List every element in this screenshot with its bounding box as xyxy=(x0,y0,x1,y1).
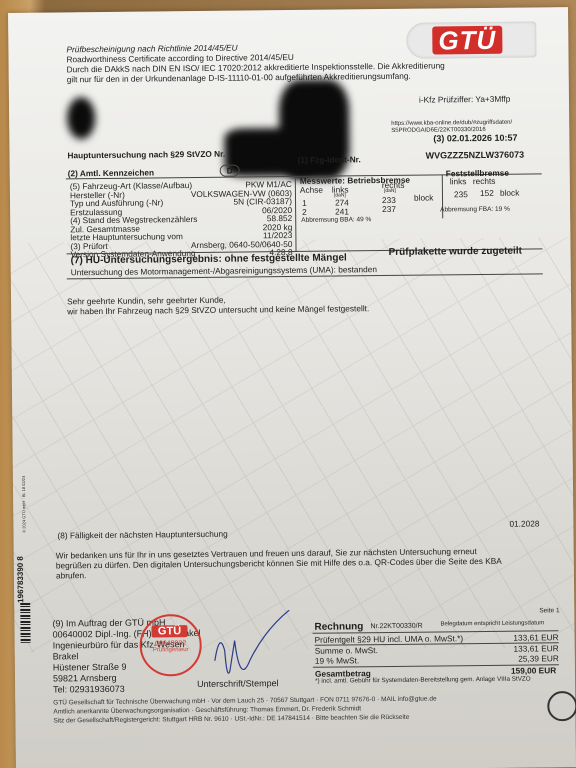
pruefziffer: i-Kfz Prüfziffer: Ya+3Mffp xyxy=(419,94,510,105)
thanks-line-3: abrufen. xyxy=(56,570,87,580)
plakette-status: Prüfplakette wurde zugeteilt xyxy=(389,246,522,258)
copyright: © 2024 GTÜ mbH · Bl. 18 02/24 xyxy=(21,476,27,533)
axle-2-right: 237 xyxy=(382,204,396,214)
axle-2-left: 241 xyxy=(335,206,349,216)
vehicle-data-table: (5) Fahrzeug-Art (Klasse/Aufbau)PKW M1/A… xyxy=(70,180,293,259)
next-hu-value: 01.2028 xyxy=(509,518,539,528)
axle-1-note: block xyxy=(414,193,433,203)
signature-label: Unterschrift/Stempel xyxy=(197,678,279,689)
axle-2: 2 xyxy=(302,207,307,217)
redaction xyxy=(67,97,95,139)
wheel-emblem-icon xyxy=(547,691,576,721)
divider xyxy=(295,176,297,252)
invoice-amount: 133,61 EUR xyxy=(513,632,558,642)
parking-col-links: links xyxy=(450,176,467,186)
bba: Abbremsung BBA: 49 % xyxy=(301,216,371,224)
invoice-amount: 133,61 EUR xyxy=(513,643,558,653)
next-hu-label: (8) Fälligkeit der nächsten Hauptuntersu… xyxy=(57,529,227,541)
invoice-item: 19 % MwSt. xyxy=(315,655,359,665)
footer: GTÜ Gesellschaft für Technische Überwach… xyxy=(53,695,437,726)
invoice-number: Nr.22KT00330/R xyxy=(370,623,422,631)
inspection-certificate: Prüfbescheinigung nach Richtlinie 2014/4… xyxy=(8,7,576,768)
parking-left: 235 xyxy=(454,189,468,199)
invoice-note: Belegdatum entspricht Leistungsdatum xyxy=(440,620,544,627)
serial-number: 196783390 8 xyxy=(16,556,25,603)
invoice-item: Summe o. MwSt. xyxy=(315,645,378,656)
parking-right: 152 xyxy=(480,188,494,198)
invoice-rows: Prüfentgelt §29 HU incl. UMA o. MwSt.*)1… xyxy=(315,632,559,666)
hu-title: Hauptuntersuchung nach §29 StVZO Nr. xyxy=(67,149,225,161)
fzg-ident-value: WVGZZZ5NZLW376073 xyxy=(426,150,525,161)
fba: Abbremsung FBA: 19 % xyxy=(440,206,510,214)
page-number: Seite 1 xyxy=(539,607,559,614)
unit: [daN] xyxy=(384,188,396,194)
gtue-logo: GTÜ xyxy=(406,21,536,58)
fzg-ident-label: (1) Fzg-Ident-Nr. xyxy=(298,154,361,165)
invoice-amount: 25,39 EUR xyxy=(518,653,559,663)
invoice-item: Prüfentgelt §29 HU incl. UMA o. MwSt.*) xyxy=(315,633,464,645)
barcode xyxy=(20,603,30,643)
issue-datetime: (3) 02.01.2026 10:57 xyxy=(433,133,517,144)
inspector-line: Tel: 02931936073 xyxy=(53,683,201,696)
invoice-title: Rechnung xyxy=(314,621,363,633)
kennzeichen-value: D xyxy=(220,165,240,177)
parking-col-rechts: rechts xyxy=(473,176,496,186)
inspector-stamp: GTÜ 00640002 Prüfingenieur xyxy=(139,614,202,677)
parking-note: block xyxy=(500,188,519,198)
invoice-footnote: *) incl. amtl. Gebühr für Systemdaten-Be… xyxy=(315,676,531,685)
total-value: 159,00 EUR xyxy=(511,665,556,675)
col-achse: Achse xyxy=(300,185,323,195)
